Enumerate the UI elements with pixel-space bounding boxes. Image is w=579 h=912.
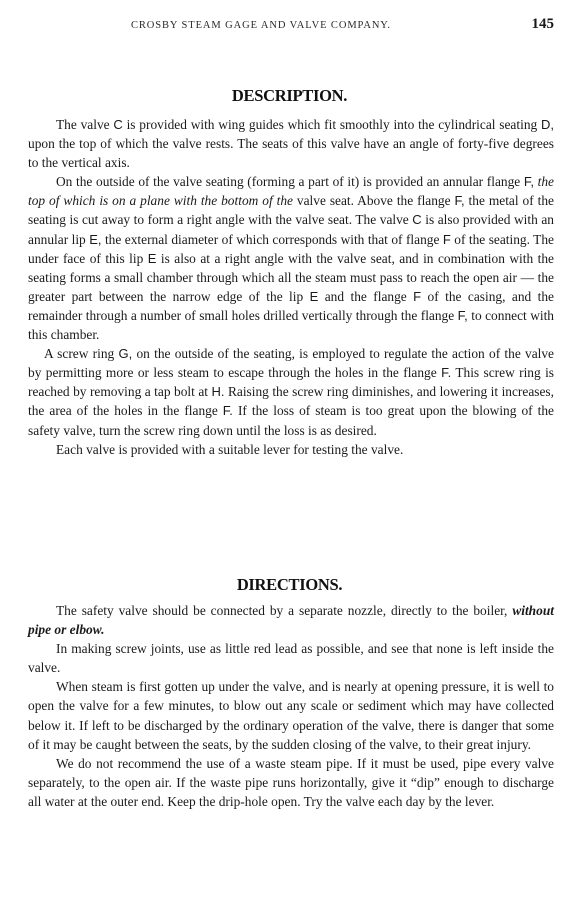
body-text: We do not recommend the use of a waste s… <box>28 756 554 809</box>
paragraph: We do not recommend the use of a waste s… <box>28 754 554 811</box>
body-text: In making screw joints, use as little re… <box>28 641 554 675</box>
body-text: upon the top of which the valve rests. T… <box>28 136 554 170</box>
body-text: The valve <box>56 117 113 132</box>
running-header: CROSBY STEAM GAGE AND VALVE COMPANY. 145 <box>0 16 579 36</box>
figure-label: F. <box>441 365 451 380</box>
description-section: The valve C is provided with wing guides… <box>28 115 554 459</box>
figure-label: F. <box>223 403 233 418</box>
paragraph: The safety valve should be connected by … <box>28 601 554 639</box>
figure-label: E, <box>89 232 101 247</box>
directions-section: The safety valve should be connected by … <box>28 601 554 811</box>
figure-label: F, <box>455 193 465 208</box>
figure-label: F, <box>524 174 534 189</box>
paragraph: On the outside of the valve seating (for… <box>28 172 554 344</box>
body-text: The safety valve should be connected by … <box>56 603 512 618</box>
figure-label: F, <box>458 308 468 323</box>
body-text: is provided with wing guides which fit s… <box>123 117 541 132</box>
figure-label: C <box>113 117 122 132</box>
running-title: CROSBY STEAM GAGE AND VALVE COMPANY. <box>131 20 391 31</box>
section-title-description: DESCRIPTION. <box>0 86 579 106</box>
figure-label: E <box>310 289 319 304</box>
body-text: valve seat. Above the flange <box>293 193 455 208</box>
paragraph: The valve C is provided with wing guides… <box>28 115 554 172</box>
figure-label: F <box>413 289 421 304</box>
body-text: On the outside of the valve seating (for… <box>56 174 524 189</box>
body-text: Each valve is provided with a suitable l… <box>56 442 403 457</box>
document-page: CROSBY STEAM GAGE AND VALVE COMPANY. 145… <box>0 0 579 912</box>
figure-label: G, <box>118 346 132 361</box>
section-title-directions: DIRECTIONS. <box>0 575 579 595</box>
figure-label: F <box>443 232 451 247</box>
paragraph: When steam is first gotten up under the … <box>28 677 554 753</box>
figure-label: C <box>412 212 421 227</box>
paragraph: Each valve is provided with a suitable l… <box>28 440 554 459</box>
figure-label: H. <box>211 384 224 399</box>
body-text: When steam is first gotten up under the … <box>28 679 554 751</box>
page-number: 145 <box>532 16 555 33</box>
body-text: A screw ring <box>44 346 118 361</box>
body-text: and the flange <box>318 289 413 304</box>
paragraph: A screw ring G, on the outside of the se… <box>28 344 554 439</box>
figure-label: D, <box>541 117 554 132</box>
paragraph: In making screw joints, use as little re… <box>28 639 554 677</box>
body-text: the external diameter of which correspon… <box>102 232 443 247</box>
